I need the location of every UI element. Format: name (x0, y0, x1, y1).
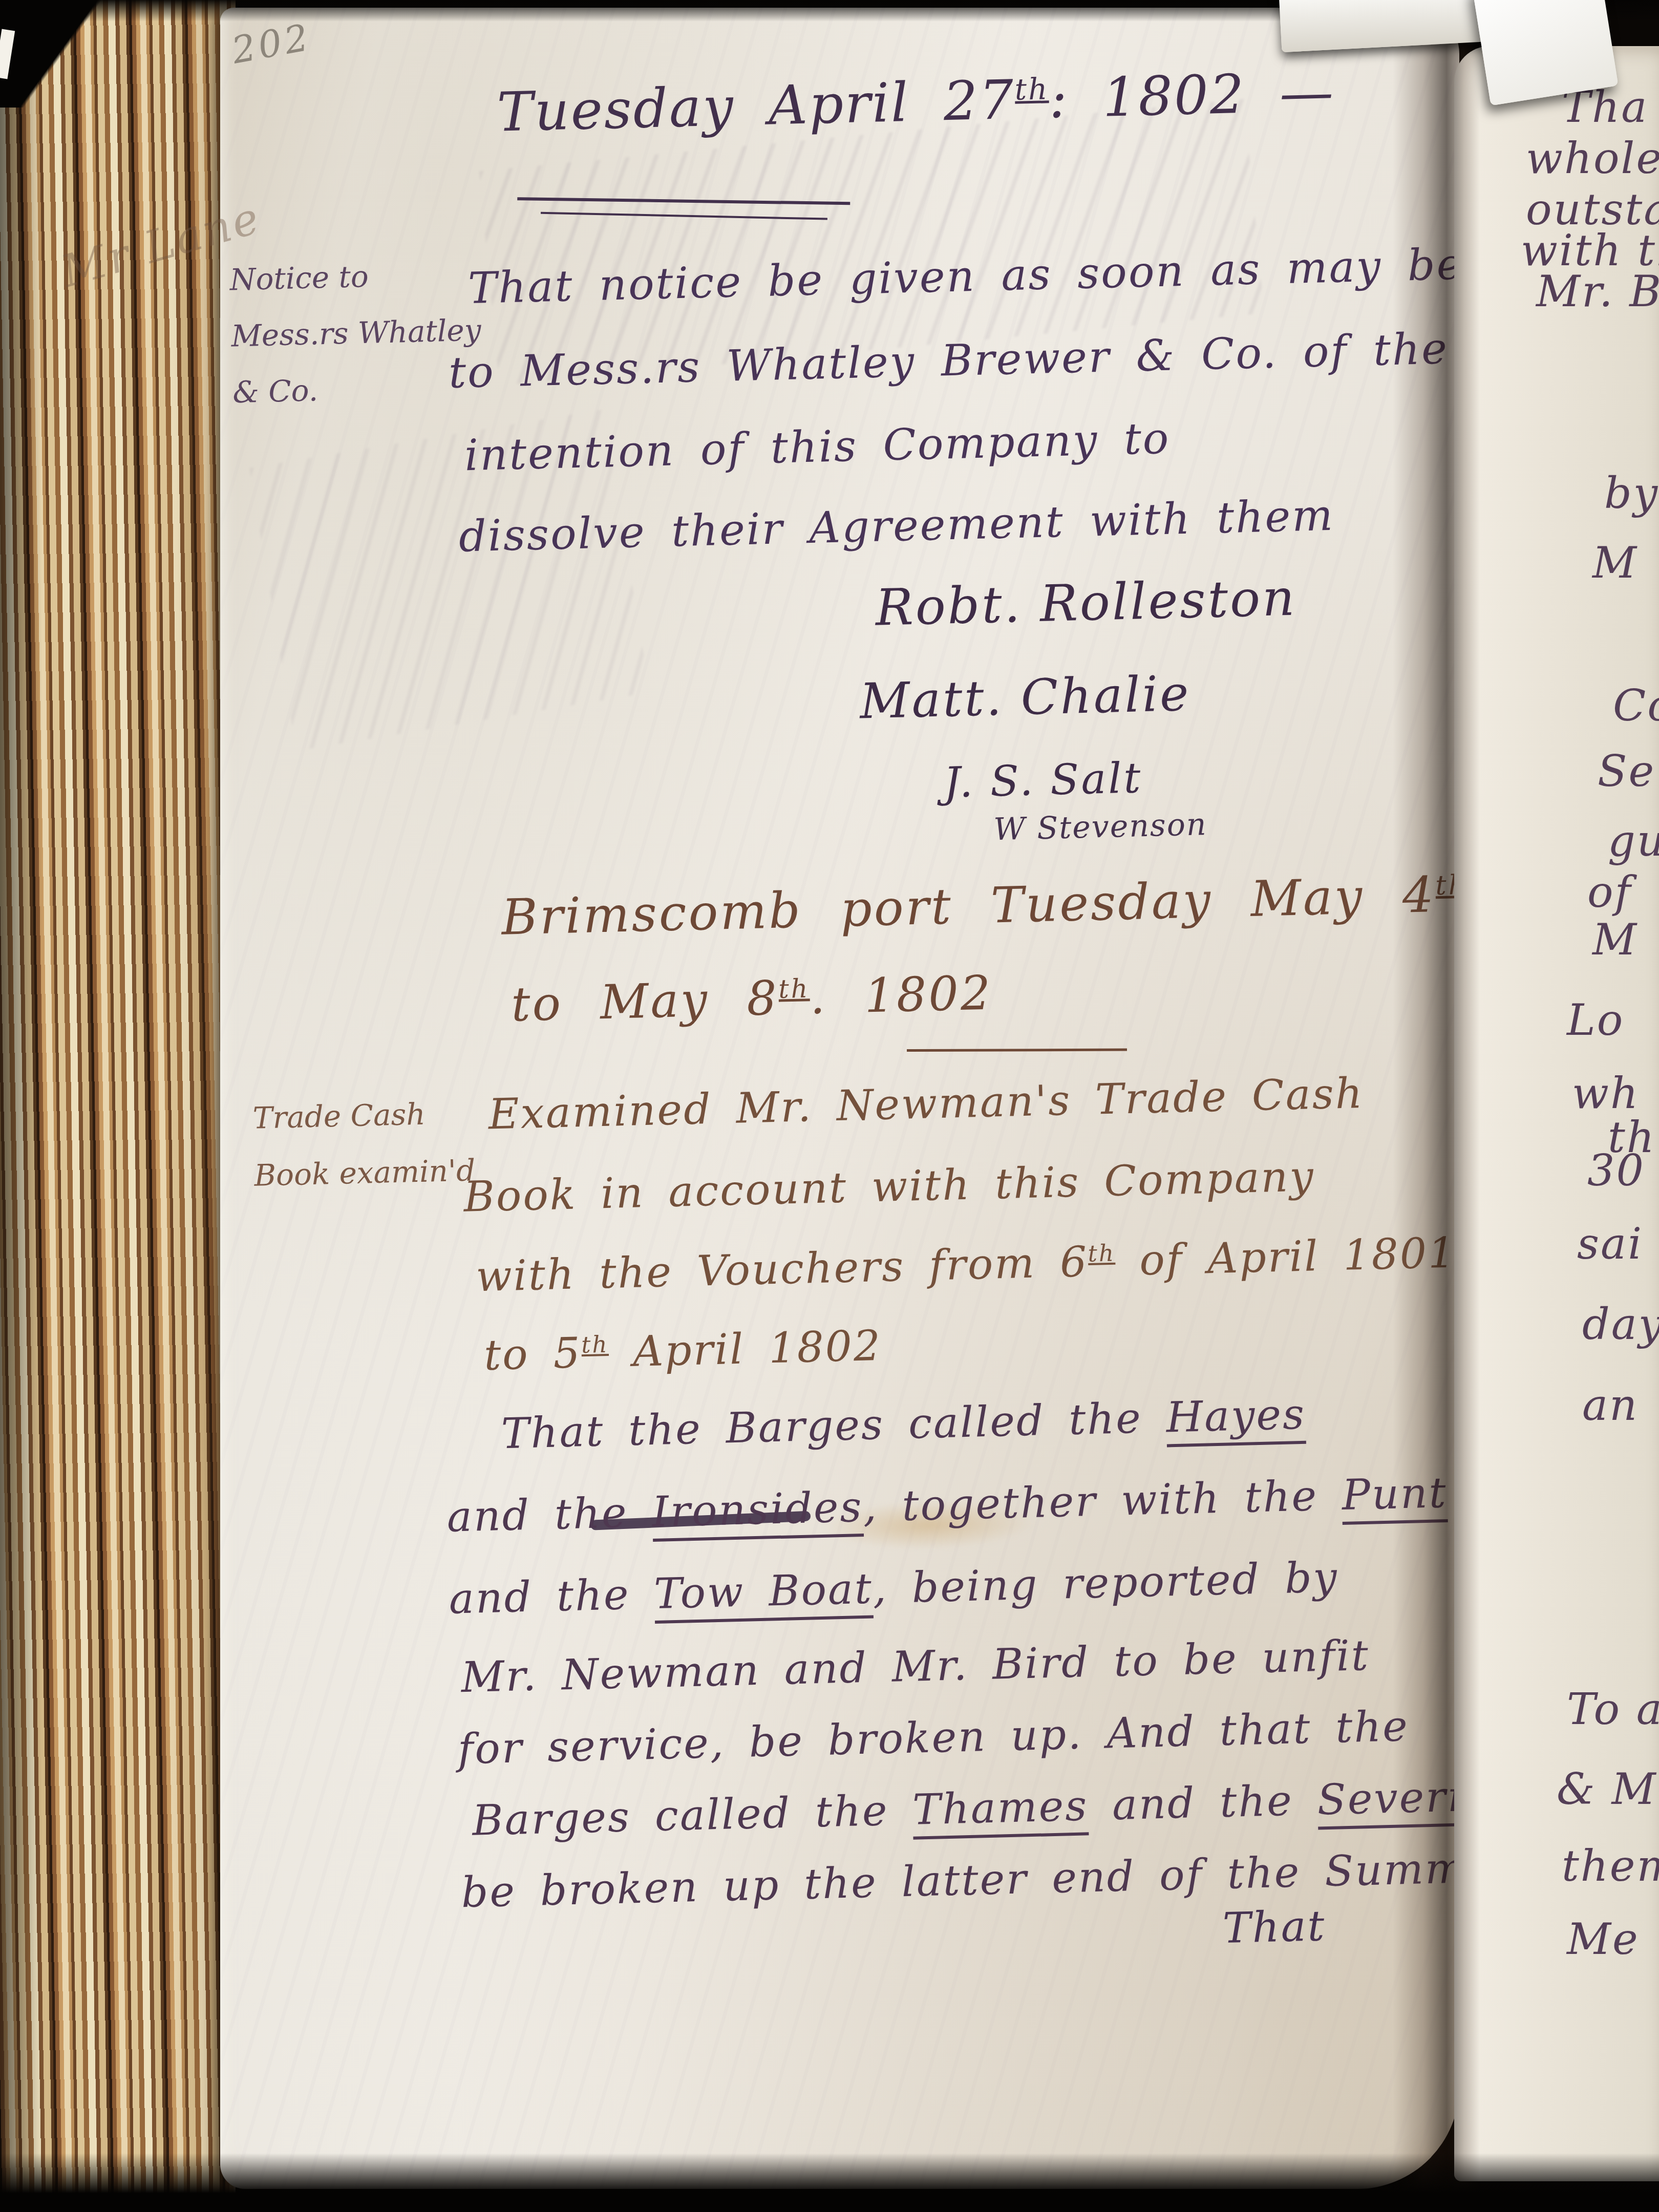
minute-text: and the (449, 1570, 655, 1624)
photo-bottom-shadow (0, 2153, 1659, 2212)
signature: Robt. Rolleston (875, 569, 1297, 637)
heading-text: . 1802 (809, 965, 993, 1025)
right-page-text-fragment: of (1587, 867, 1632, 917)
right-page-text-fragment: gu (1608, 816, 1659, 866)
margin-note-line: & Co. (232, 358, 483, 420)
right-page-text-fragment: an (1582, 1380, 1639, 1430)
right-page-text-fragment: M (1592, 538, 1638, 588)
book-fore-edge (0, 0, 236, 2212)
manuscript-photo: 202 Tuesday April 27th: 1802 — Notice to… (0, 0, 1659, 2212)
minute-text-line: Mr. Newman and Mr. Bird to be unfit (460, 1631, 1370, 1702)
margin-note-trade-cash: Trade Cash Book examin'd (252, 1084, 476, 1204)
entry-place-date-heading: Brimscomb port Tuesday May 4th (501, 865, 1469, 946)
margin-note-line: Mess.rs Whatley (230, 302, 482, 364)
minute-text-line: and the Tow Boat, being reported by (449, 1553, 1339, 1623)
left-page-content: 202 Tuesday April 27th: 1802 — Notice to… (195, 0, 1487, 2204)
minute-text: , being reported by (872, 1553, 1338, 1613)
ordinal: th (581, 1331, 609, 1358)
barge-name-underlined: Hayes (1165, 1390, 1306, 1448)
right-page-text-fragment: 30 (1587, 1145, 1645, 1196)
heading-ordinal: th (1014, 71, 1049, 107)
entry-date-range: to May 8th. 1802 (511, 965, 993, 1032)
minute-text: , together with the (862, 1471, 1343, 1532)
right-page-text-fragment: by (1604, 468, 1659, 518)
heading-text: Tuesday April 27 (496, 69, 1015, 144)
right-page-text-fragment: Co (1613, 680, 1659, 731)
ordinal: th (1088, 1239, 1115, 1267)
minute-text-line: be broken up the latter end of the Summe… (461, 1843, 1525, 1918)
minute-text-line: Barges called the Thames and the Severn (472, 1772, 1476, 1845)
right-page-text-fragment: them (1562, 1841, 1659, 1891)
minute-text-line: That the Barges called the Hayes (501, 1390, 1306, 1458)
right-page-text-fragment: Mr. B (1536, 266, 1659, 316)
minute-text-line: to 5th April 1802 (483, 1322, 882, 1380)
minute-text: April 1802 (608, 1322, 882, 1377)
minute-text: Barges called the (472, 1786, 913, 1845)
heading-ordinal: th (778, 973, 810, 1004)
minute-text-line: Book in account with this Company (463, 1152, 1315, 1222)
right-page-text-fragment: M (1592, 914, 1638, 965)
heading-text: to May 8 (511, 971, 779, 1032)
left-page: 202 Tuesday April 27th: 1802 — Notice to… (220, 8, 1459, 2189)
minute-text-line: for service, be broken up. And that the (457, 1702, 1410, 1774)
right-page-text-fragment: sai (1577, 1219, 1643, 1269)
right-page-text-fragment: Se (1598, 746, 1655, 796)
minute-text: and the (1088, 1776, 1318, 1830)
margin-note-line: Notice to (229, 246, 480, 308)
signature: Matt. Chalie (859, 666, 1192, 730)
right-page-text-fragment: Me (1567, 1914, 1640, 1964)
barge-name-underlined: Tow Boat (653, 1565, 874, 1624)
signature: W Stevenson (993, 806, 1208, 847)
margin-note-line: Book examin'd (253, 1141, 476, 1204)
margin-note-line: Trade Cash (252, 1084, 474, 1147)
signature: J. S. Salt (943, 754, 1143, 807)
minute-text: to 5 (483, 1329, 582, 1380)
minute-text: That the Barges called the (501, 1393, 1167, 1458)
minute-text-line: with the Vouchers from 6th of April 1801 (475, 1228, 1457, 1301)
minute-text: and the (446, 1488, 653, 1542)
barge-name-underlined: Thames (912, 1781, 1089, 1839)
minute-text-line: Examined Mr. Newman's Trade Cash (488, 1069, 1365, 1139)
minute-text: with the Vouchers from 6 (475, 1238, 1089, 1301)
margin-note-notice: Notice to Mess.rs Whatley & Co. (229, 246, 483, 421)
underline-flourish (907, 1049, 1127, 1052)
right-page-text-fragment: day (1582, 1299, 1659, 1349)
right-page-text-fragment: To a (1567, 1684, 1659, 1734)
right-page-sliver: Tha whole of outstand with the Mr. B by … (1454, 46, 1659, 2181)
heading-text: Brimscomb port Tuesday May 4 (501, 866, 1436, 946)
right-page-text-fragment: wh (1572, 1068, 1640, 1118)
right-page-text-fragment: & M (1557, 1764, 1657, 1814)
barge-name-underlined: Ironsides (651, 1483, 864, 1542)
right-page-text-fragment: whole of (1526, 133, 1659, 183)
right-page-text-fragment: Lo (1567, 995, 1624, 1045)
book-gutter-shadow (1393, 0, 1480, 2212)
folio-number: 202 (228, 15, 314, 72)
catchword: That (1222, 1902, 1327, 1953)
heading-text: : 1802 — (1048, 61, 1335, 131)
